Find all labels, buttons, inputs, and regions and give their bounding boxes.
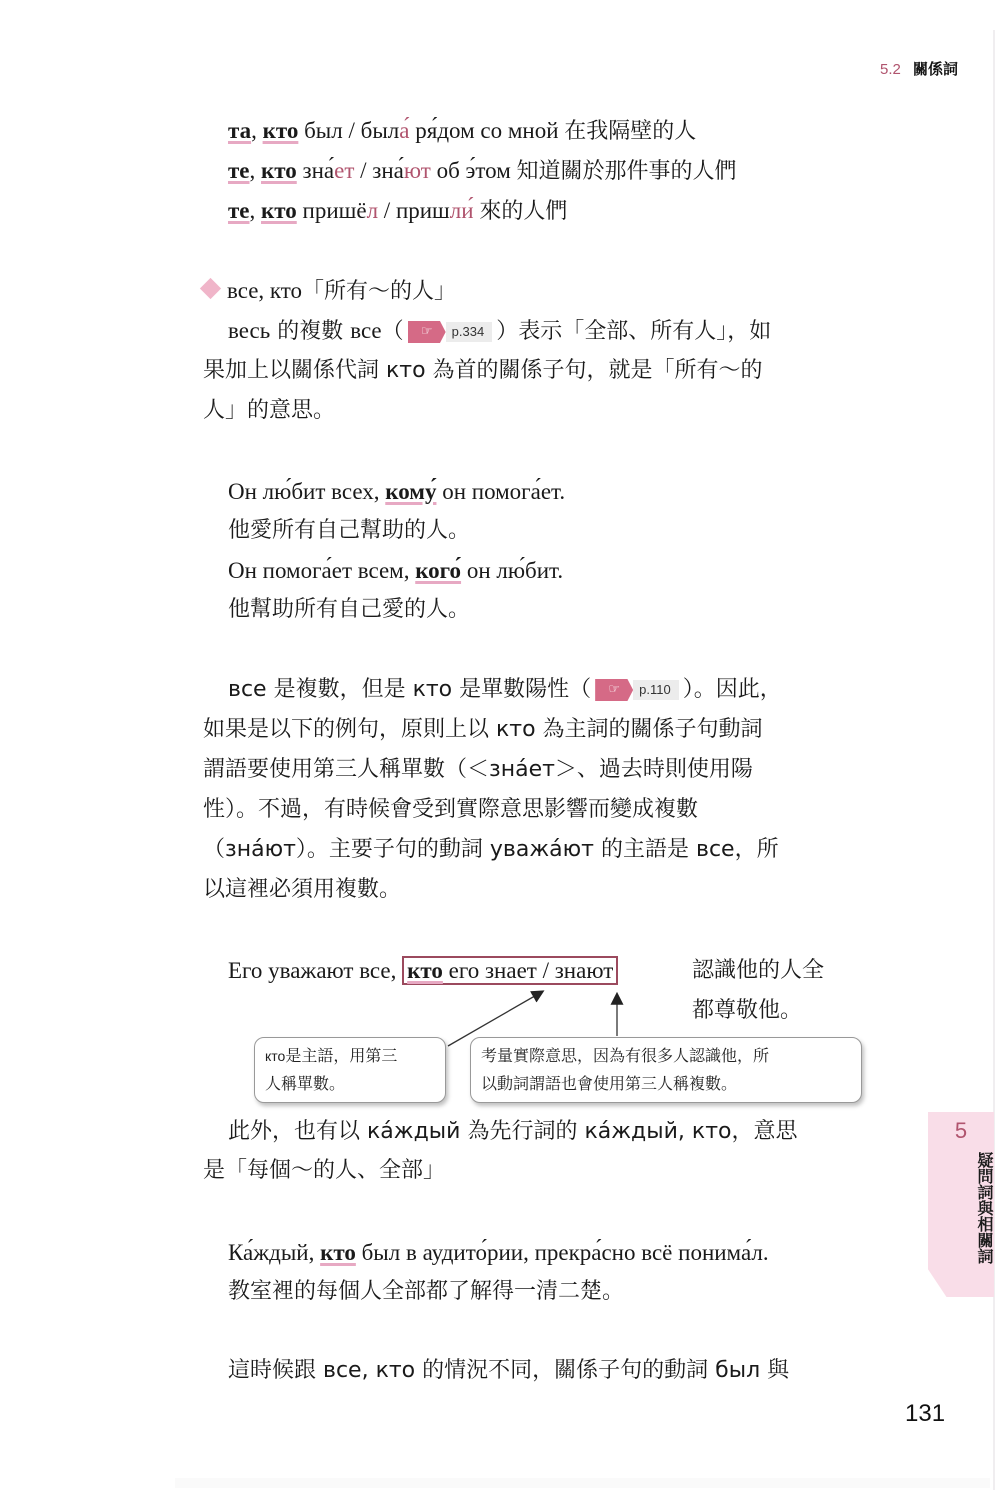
relative-pronoun: кто bbox=[320, 1240, 356, 1265]
boxed-example: Его уважают все, кто его знает / знают bbox=[228, 955, 618, 987]
chapter-title-text: 疑問詞與相關詞 bbox=[928, 1152, 994, 1264]
example-post: он лю́бит. bbox=[461, 558, 563, 583]
verb-ending: а́ bbox=[399, 118, 409, 143]
antecedent: те bbox=[228, 198, 250, 223]
kazhdy-line-1: 此外，也有以 ка́ждый 為先行詞的 ка́ждый, кто，意思 bbox=[228, 1116, 797, 1148]
example-pre: Он лю́бит всех, bbox=[228, 479, 385, 504]
clause-rest: его знает / знают bbox=[443, 958, 613, 983]
callout-ru: кто bbox=[265, 1048, 285, 1064]
section-title: 關係詞 bbox=[913, 60, 958, 78]
heading-zh: 「所有～的人」 bbox=[302, 279, 456, 304]
callout-line-1: 考量實際意思，因為有很多人認識他，所 bbox=[481, 1046, 769, 1065]
relative-pronoun: кто bbox=[263, 118, 299, 143]
verb-ending: ли́ bbox=[450, 198, 474, 223]
example-post: он помога́ет. bbox=[436, 479, 565, 504]
chapter-number: 5 bbox=[928, 1118, 994, 1144]
page-number: 131 bbox=[905, 1400, 945, 1428]
chapter-title: 疑問詞與相關詞 bbox=[928, 1152, 994, 1264]
relative-pronoun: кто bbox=[261, 198, 297, 223]
page-bottom-edge bbox=[175, 1478, 990, 1488]
paragraph-1-line-3: 人」的意思。 bbox=[203, 395, 335, 427]
relative-pronoun: кто bbox=[261, 158, 297, 183]
ref-page: p.334 bbox=[446, 322, 493, 342]
paragraph-2-line-3: 謂語要使用第三人稱單數（＜зна́ет＞、過去時則使用陽 bbox=[203, 754, 753, 786]
kazhdy-line-2: 是「每個～的人、全部」 bbox=[203, 1155, 445, 1187]
paragraph-2-line-1: все 是複數，但是 кто 是單數陽性（☞p.110）。因此， bbox=[228, 674, 782, 706]
example-pre: Его уважают все, bbox=[228, 958, 402, 983]
callout-line-2: 人稱單數。 bbox=[265, 1074, 345, 1093]
closing-line: 這時候跟 все, кто 的情況不同，關係子句的動詞 был 與 bbox=[228, 1355, 789, 1387]
paragraph-2-line-6: 以這裡必須用複數。 bbox=[203, 874, 401, 906]
callout-line-1: 是主語，用第三 bbox=[285, 1046, 397, 1065]
verb-stem: был bbox=[304, 118, 343, 143]
section-number: 5.2 bbox=[880, 61, 901, 78]
translation: 來的人們 bbox=[479, 199, 567, 224]
text: ）表示「全部、所有人」，如 bbox=[496, 319, 771, 344]
paragraph-2-line-4: 性）。不過，有時候會受到實際意思影響而變成複數 bbox=[203, 794, 698, 826]
text: ）。因此， bbox=[683, 677, 782, 702]
pointing-hand-icon: ☞ bbox=[408, 321, 446, 343]
running-head: 5.2 關係詞 bbox=[880, 58, 958, 79]
example-line-3: те, кто пришёл / пришли́ 來的人們 bbox=[228, 195, 567, 228]
separator: / bbox=[354, 158, 372, 183]
translation: 在我隔壁的人 bbox=[564, 119, 696, 144]
boxed-example-translation-2: 都尊敬他。 bbox=[692, 995, 802, 1027]
translation: 知道關於那件事的人們 bbox=[517, 159, 737, 184]
separator: / bbox=[378, 198, 396, 223]
example-pre: Ка́ждый, bbox=[228, 1240, 320, 1265]
example-post: был в аудито́рии, прекра́сно всё понима́… bbox=[356, 1240, 769, 1265]
relative-pronoun: кому́ bbox=[385, 479, 436, 504]
example-komu: Он лю́бит всех, кому́ он помога́ет. bbox=[228, 476, 565, 508]
verb-ending: ет bbox=[334, 158, 354, 183]
callout-plural-note: 考量實際意思，因為有很多人認識他，所 以動詞謂語也會使用第三人稱複數。 bbox=[470, 1037, 862, 1103]
translation-kazhdy: 教室裡的每個人全部都了解得一清二楚。 bbox=[228, 1276, 624, 1308]
page-reference-p334[interactable]: ☞p.334 bbox=[408, 321, 493, 343]
relative-pronoun: кого́ bbox=[415, 558, 461, 583]
callout-line-2: 以動詞謂語也會使用第三人稱複數。 bbox=[481, 1074, 737, 1093]
verb-stem: пришё bbox=[303, 198, 367, 223]
verb-stem: зна́ bbox=[372, 158, 404, 183]
example-kogo: Он помога́ет всем, кого́ он лю́бит. bbox=[228, 555, 563, 587]
verb-stem: был bbox=[361, 118, 400, 143]
text: 的複數 bbox=[270, 319, 350, 344]
paragraph-2-line-5: （зна́ют）。主要子句的動詞 уважа́ют 的主語是 все，所 bbox=[203, 834, 779, 866]
verb-stem: зна́ bbox=[303, 158, 335, 183]
verb-stem: приш bbox=[396, 198, 450, 223]
phrase-rest: ря́дом со мной bbox=[409, 118, 558, 143]
translation-kogo: 他幫助所有自己愛的人。 bbox=[228, 594, 470, 626]
phrase-rest: об э́том bbox=[431, 158, 511, 183]
page-reference-p110[interactable]: ☞p.110 bbox=[595, 679, 679, 701]
paragraph-2-line-2: 如果是以下的例句，原則上以 кто 為主詞的關係子句動詞 bbox=[203, 714, 763, 746]
example-pre: Он помога́ет всем, bbox=[228, 558, 415, 583]
word: все bbox=[350, 318, 381, 343]
section-heading-vse-kto: все, кто「所有～的人」 bbox=[203, 275, 456, 308]
ref-page: p.110 bbox=[633, 680, 679, 700]
heading-ru: все, кто bbox=[227, 278, 302, 303]
text: все 是複數，但是 кто 是單數陽性（ bbox=[228, 677, 591, 702]
text: （ bbox=[382, 319, 404, 344]
antecedent: те bbox=[228, 158, 250, 183]
example-line-2: те, кто зна́ет / зна́ют об э́том 知道關於那件事… bbox=[228, 155, 737, 188]
example-line-1: та, кто был / была́ ря́дом со мной 在我隔壁的… bbox=[228, 115, 696, 148]
separator: / bbox=[343, 118, 361, 143]
verb-ending: л bbox=[367, 198, 378, 223]
boxed-example-translation-1: 認識他的人全 bbox=[692, 955, 824, 987]
translation-komu: 他愛所有自己幫助的人。 bbox=[228, 515, 470, 547]
verb-ending: ют bbox=[404, 158, 431, 183]
highlighted-clause: кто его знает / знают bbox=[402, 956, 618, 985]
antecedent: та bbox=[228, 118, 251, 143]
callout-singular-note: кто是主語，用第三 人稱單數。 bbox=[254, 1037, 446, 1103]
paragraph-1-line-1: весь 的複數 все（☞p.334）表示「全部、所有人」，如 bbox=[228, 315, 771, 348]
relative-pronoun: кто bbox=[407, 958, 443, 983]
diamond-icon bbox=[200, 278, 221, 299]
word: весь bbox=[228, 318, 270, 343]
example-kazhdy: Ка́ждый, кто был в аудито́рии, прекра́сн… bbox=[228, 1237, 769, 1269]
pointing-hand-icon: ☞ bbox=[595, 679, 633, 701]
paragraph-1-line-2: 果加上以關係代詞 кто 為首的關係子句，就是「所有～的 bbox=[203, 355, 763, 387]
chapter-tab[interactable]: 5 疑問詞與相關詞 bbox=[928, 1112, 994, 1297]
